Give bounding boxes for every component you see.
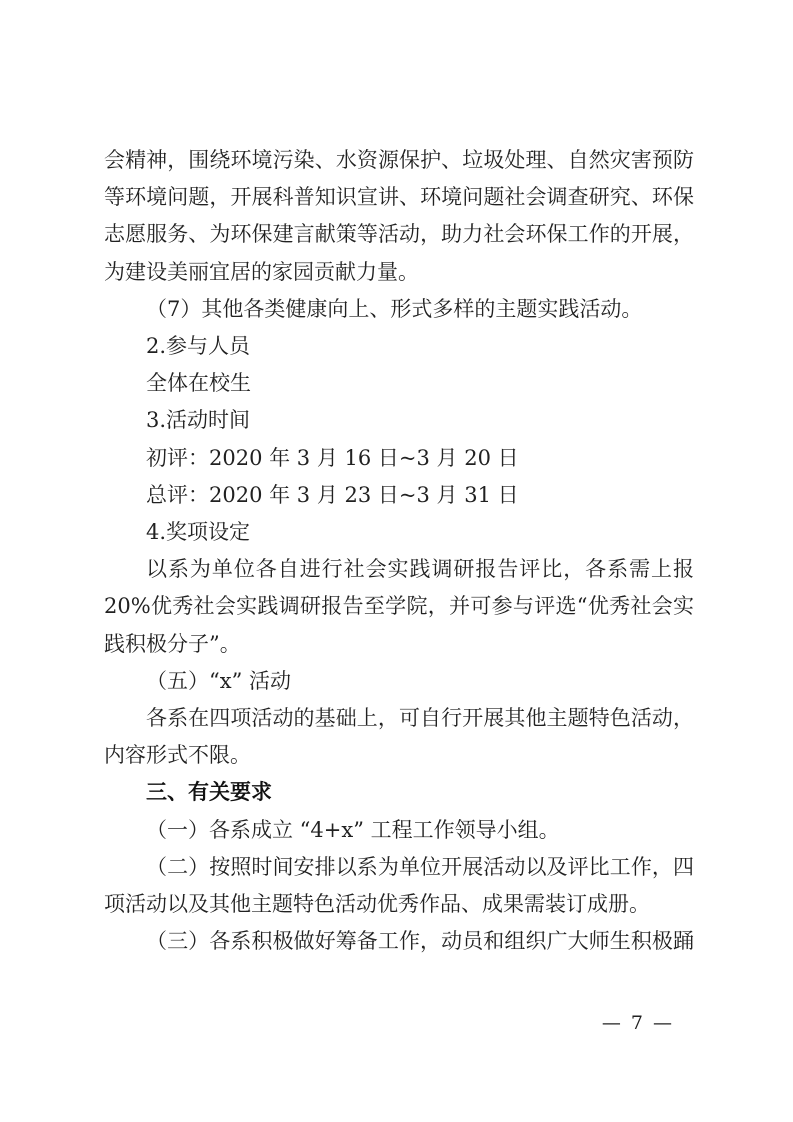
body-line: 项活动以及其他主题特色活动优秀作品、成果需装订成册。 bbox=[104, 886, 694, 923]
body-line: 以系为单位各自进行社会实践调研报告评比，各系需上报 bbox=[104, 551, 694, 588]
list-item-7: （7）其他各类健康向上、形式多样的主题实践活动。 bbox=[104, 291, 694, 328]
requirement-item-1: （一）各系成立 “4+x” 工程工作领导小组。 bbox=[104, 812, 694, 849]
date-line-preliminary: 初评：2020 年 3 月 16 日~3 月 20 日 bbox=[104, 440, 694, 477]
subheading-activity-time: 3.活动时间 bbox=[104, 402, 694, 439]
page-content: 会精神，围绕环境污染、水资源保护、垃圾处理、自然灾害预防 等环境问题，开展科普知… bbox=[104, 142, 694, 960]
body-line: 践积极分子”。 bbox=[104, 626, 694, 663]
subheading-participants: 2.参与人员 bbox=[104, 328, 694, 365]
section-heading-requirements: 三、有关要求 bbox=[104, 774, 694, 811]
page-number: — 7 — bbox=[602, 1012, 674, 1034]
requirement-item-2: （二）按照时间安排以系为单位开展活动以及评比工作，四 bbox=[104, 849, 694, 886]
body-line: 等环境问题，开展科普知识宣讲、环境问题社会调查研究、环保 bbox=[104, 179, 694, 216]
body-line: 内容形式不限。 bbox=[104, 737, 694, 774]
requirement-item-3: （三）各系积极做好筹备工作，动员和组织广大师生积极踊 bbox=[104, 923, 694, 960]
page-footer: — 7 — bbox=[0, 1012, 793, 1034]
subheading-x-activity: （五）“x” 活动 bbox=[104, 663, 694, 700]
body-line: 20%优秀社会实践调研报告至学院，并可参与评选“优秀社会实 bbox=[104, 588, 694, 625]
document-page: 会精神，围绕环境污染、水资源保护、垃圾处理、自然灾害预防 等环境问题，开展科普知… bbox=[0, 0, 793, 1122]
body-line: 全体在校生 bbox=[104, 365, 694, 402]
body-line: 为建设美丽宜居的家园贡献力量。 bbox=[104, 254, 694, 291]
date-line-final: 总评：2020 年 3 月 23 日~3 月 31 日 bbox=[104, 477, 694, 514]
subheading-awards: 4.奖项设定 bbox=[104, 514, 694, 551]
body-line: 志愿服务、为环保建言献策等活动，助力社会环保工作的开展， bbox=[104, 216, 694, 253]
body-line: 各系在四项活动的基础上，可自行开展其他主题特色活动， bbox=[104, 700, 694, 737]
body-line: 会精神，围绕环境污染、水资源保护、垃圾处理、自然灾害预防 bbox=[104, 142, 694, 179]
